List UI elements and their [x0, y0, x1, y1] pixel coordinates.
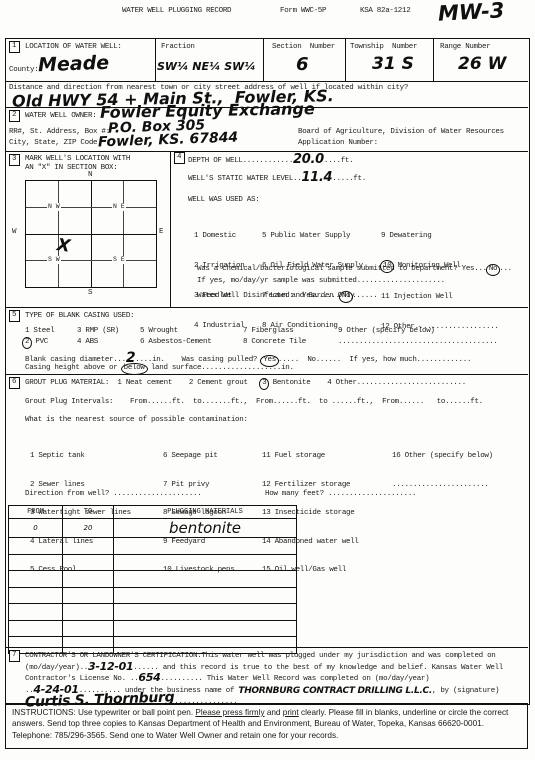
- divider: [5, 307, 528, 308]
- table-row: [9, 587, 297, 604]
- grout-intervals-line: Grout Plug Intervals: From......ft. to..…: [25, 398, 483, 407]
- compass-west-label: W: [12, 228, 16, 237]
- divider: [170, 151, 171, 307]
- contamination-option: 7 Pit privy: [163, 481, 234, 491]
- depth-of-well-line: DEPTH OF WELL............20.0....ft.: [188, 155, 353, 166]
- diameter-label: Blank casing diameter...: [25, 356, 126, 364]
- use-option: 9 Dewatering: [381, 231, 499, 241]
- grout-title: GROUT PLUG MATERIAL: 1 Neat cement 2 Cem…: [25, 379, 260, 387]
- disinfected-line: Water Well Disinfected: Yes......No.....…: [197, 292, 377, 302]
- application-number-label: Application Number:: [298, 139, 378, 148]
- form-number: Form WWC-5P: [280, 7, 326, 16]
- township-number-label: Township Number: [350, 43, 417, 52]
- instructions-underlined: Please press firmly: [195, 708, 264, 717]
- from-value: [9, 587, 63, 604]
- page-title: WATER WELL PLUGGING RECORD: [122, 7, 231, 16]
- depth-value: 20.0: [293, 152, 324, 167]
- grout-material-line: GROUT PLUG MATERIAL: 1 Neat cement 2 Cem…: [25, 379, 466, 389]
- table-row: [9, 538, 297, 555]
- divider: [345, 38, 346, 81]
- sample-question-line: Was a chemical/bacteriological sample su…: [197, 265, 512, 275]
- section2-number: 2: [9, 110, 20, 122]
- contamination-option: 11 Fuel storage: [262, 452, 359, 462]
- ksa-number: KSA 82a-1212: [360, 7, 410, 16]
- to-value: [63, 604, 114, 621]
- disinfected-suffix: ......: [352, 292, 377, 300]
- to-value: [63, 538, 114, 555]
- section1-title: LOCATION OF WATER WELL:: [25, 43, 122, 52]
- material-value: [114, 571, 297, 588]
- to-value: [63, 587, 114, 604]
- casing-option: 1 Steel: [25, 327, 54, 336]
- contamination-option: 2 Sewer lines: [30, 481, 131, 491]
- material-value: bentonite: [114, 519, 297, 538]
- use-option: 4 Industrial: [194, 321, 244, 331]
- sample-date-line: If yes, mo/day/yr sample was submitted..…: [197, 277, 445, 286]
- address-label-2: City, State, ZIP Code :: [9, 139, 110, 148]
- material-value: [114, 587, 297, 604]
- diameter-suffix: ....in. Was casing pulled?: [135, 356, 261, 364]
- grid-line: [26, 234, 156, 235]
- material-value: [114, 538, 297, 555]
- use-option: 11 Injection Well: [381, 292, 499, 302]
- to-value: [63, 571, 114, 588]
- sample-suffix: ...: [499, 265, 512, 273]
- license-number-value: 654: [138, 671, 160, 684]
- water-well-plugging-record-form: WATER WELL PLUGGING RECORD Form WWC-5P K…: [0, 0, 535, 760]
- table-header-row: FROM TO PLUGGING MATERIALS: [9, 506, 297, 519]
- from-value: 0: [9, 519, 63, 538]
- county-label: County:: [9, 66, 38, 75]
- static-level-suffix: .....ft.: [332, 175, 366, 183]
- contamination-other-dots: .......................: [392, 481, 493, 491]
- table-row: [9, 604, 297, 621]
- instructions-text: INSTRUCTIONS: Use typewriter or ball poi…: [12, 708, 195, 717]
- compass-south-label: S: [88, 289, 92, 298]
- section-number-value: 6: [296, 54, 309, 75]
- sample-question: Was a chemical/bacteriological sample su…: [197, 265, 487, 273]
- section1-number: 1: [9, 41, 20, 53]
- county-value: Meade: [38, 52, 110, 76]
- to-value: 20: [63, 519, 114, 538]
- well-id-annotation: MW-3: [437, 0, 505, 26]
- pulled-suffix: ..... No...... If yes, how much.........…: [278, 356, 471, 364]
- section3-title-line2: AN "X" IN SECTION BOX:: [25, 164, 117, 173]
- divider: [5, 647, 528, 648]
- instructions-underlined: print: [283, 708, 299, 717]
- range-number-label: Range Number: [440, 43, 490, 52]
- contamination-option: 16 Other (specify below): [392, 452, 493, 462]
- from-column-header: FROM: [9, 506, 63, 519]
- casing-other-dots: ......................................: [338, 338, 498, 347]
- section7-number: 7: [9, 650, 20, 662]
- quadrant-nw-label: N W: [47, 203, 61, 211]
- fraction-value: SW¼ NE¼ SW¼: [157, 60, 256, 73]
- material-value: [114, 620, 297, 637]
- casing-option: 3 RMP (SR): [77, 327, 119, 336]
- to-column-header: TO: [63, 506, 114, 519]
- plugged-date-value: 3-12-01: [88, 660, 133, 673]
- to-value: [63, 620, 114, 637]
- certification-paragraph: CONTRACTOR'S OR LANDOWNER'S CERTIFICATIO…: [25, 651, 525, 708]
- quadrant-sw-label: S W: [47, 256, 61, 264]
- table-row: [9, 554, 297, 571]
- divider: [155, 38, 156, 81]
- compass-north-label: N: [88, 171, 92, 180]
- material-value: [114, 554, 297, 571]
- height-label-2: land surface...................in.: [147, 364, 294, 372]
- material-value: [114, 604, 297, 621]
- grid-line: [26, 207, 156, 208]
- table-row: [9, 620, 297, 637]
- from-value: [9, 604, 63, 621]
- section-number-label: Section Number: [272, 43, 335, 52]
- contamination-option: 12 Fertilizer storage: [262, 481, 359, 491]
- section3-number: 3: [9, 154, 20, 166]
- range-number-value: 26 W: [458, 54, 506, 74]
- owner-value: Fowler Equity Exchange: [100, 99, 315, 122]
- from-value: [9, 554, 63, 571]
- owner-label: WATER WELL OWNER:: [25, 112, 96, 121]
- quadrant-se-label: S E: [112, 256, 126, 264]
- depth-label: DEPTH OF WELL............: [188, 157, 293, 165]
- static-water-level-line: WELL'S STATIC WATER LEVEL..11.4.....ft.: [188, 173, 366, 184]
- well-location-mark: X: [56, 235, 72, 257]
- materials-column-header: PLUGGING MATERIALS: [114, 506, 297, 519]
- table-row: [9, 571, 297, 588]
- divider: [433, 38, 434, 81]
- divider: [5, 374, 528, 375]
- from-value: [9, 571, 63, 588]
- plugging-materials-table: FROM TO PLUGGING MATERIALS 0 20 bentonit…: [8, 505, 297, 654]
- how-many-feet-line: How many feet? .....................: [265, 490, 416, 499]
- grout-bentonite-label: Bentonite: [268, 379, 310, 387]
- grid-line: [26, 260, 156, 261]
- casing-height-line: Casing height above or below land surfac…: [25, 364, 294, 374]
- divider: [5, 81, 528, 82]
- from-value: [9, 538, 63, 555]
- certification-text: , by (signature): [432, 687, 499, 695]
- direction-from-well-line: Direction from well? ...................…: [25, 490, 201, 499]
- compass-east-label: E: [159, 228, 163, 237]
- section6-number: 6: [9, 377, 20, 389]
- use-option: 1 Domestic: [194, 231, 244, 241]
- divider: [5, 151, 528, 152]
- divider: [263, 38, 264, 81]
- casing-option-label: PVC: [31, 338, 48, 346]
- address-label-1: RR#, St. Address, Box #:: [9, 128, 110, 137]
- instructions-box: INSTRUCTIONS: Use typewriter or ball poi…: [5, 703, 528, 749]
- static-level-value: 11.4: [301, 170, 332, 185]
- static-level-label: WELL'S STATIC WATER LEVEL..: [188, 175, 301, 183]
- casing-option: 5 Wrought: [140, 327, 178, 336]
- casing-option: 8 Concrete Tile: [243, 338, 306, 347]
- section5-number: 5: [9, 310, 20, 322]
- depth-suffix: ....ft.: [324, 157, 353, 165]
- contamination-option: 1 Septic tank: [30, 452, 131, 462]
- instructions-text: and: [265, 708, 283, 717]
- business-name-value: THORNBURG CONTRACT DRILLING L.L.C.: [238, 686, 432, 696]
- to-value: [63, 554, 114, 571]
- fraction-label: Fraction: [161, 43, 195, 52]
- height-label-1: Casing height above or: [25, 364, 122, 372]
- casing-option: 9 Other (specify below): [338, 327, 435, 336]
- from-value: [9, 620, 63, 637]
- section5-title: TYPE OF BLANK CASING USED:: [25, 312, 134, 321]
- section-location-grid: N W N E S W S E X: [25, 180, 157, 288]
- table-row: 0 20 bentonite: [9, 519, 297, 538]
- well-used-as-label: WELL WAS USED AS:: [188, 196, 259, 205]
- board-label: Board of Agriculture, Division of Water …: [298, 128, 504, 137]
- casing-option: 7 Fiberglass: [243, 327, 293, 336]
- contamination-question: What is the nearest source of possible c…: [25, 416, 248, 425]
- township-number-value: 31 S: [372, 54, 414, 74]
- contamination-option: 6 Seepage pit: [163, 452, 234, 462]
- section3-title-line1: MARK WELL'S LOCATION WITH: [25, 155, 130, 164]
- disinfected-question: Water Well Disinfected: Yes......: [197, 292, 340, 300]
- use-option: 5 Public Water Supply: [262, 231, 363, 241]
- grout-other-dots: 4 Other..........................: [310, 379, 465, 387]
- casing-option: 4 ABS: [77, 338, 98, 347]
- casing-option-pvc: 2 PVC: [23, 338, 48, 348]
- quadrant-ne-label: N E: [112, 203, 126, 211]
- casing-option: 6 Asbestos-Cement: [140, 338, 211, 347]
- section4-number: 4: [174, 152, 185, 164]
